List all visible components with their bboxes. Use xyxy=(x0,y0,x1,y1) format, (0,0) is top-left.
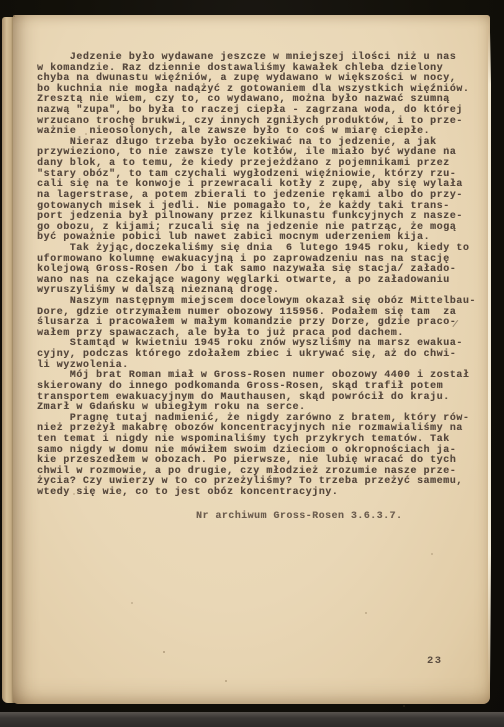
text-line: ten temat i nigdy nie wspominaliśmy tych… xyxy=(37,435,473,446)
text-line: skierowany do innego podkomanda Gross-Ro… xyxy=(37,382,473,393)
page-number: 23 xyxy=(427,655,443,667)
text-line: Tak żyjąc,doczekaliśmy się dnia 6 lutego… xyxy=(37,244,473,255)
text-line: wtedy się wie, co to jest obóz koncentra… xyxy=(37,488,473,499)
archive-reference: Nr archiwum Gross-Rosen 3.6.3.7. xyxy=(196,511,402,522)
scan-background: Jedzenie było wydawane jeszcze w mniejsz… xyxy=(0,0,504,727)
page-edge-highlight xyxy=(488,32,491,684)
scan-bottom-edge xyxy=(0,712,504,727)
text-line: na lagerstrase, a potem zbierali to jedz… xyxy=(37,191,473,202)
paper-specks xyxy=(13,15,15,17)
typewritten-text: Jedzenie było wydawane jeszcze w mniejsz… xyxy=(37,53,473,499)
